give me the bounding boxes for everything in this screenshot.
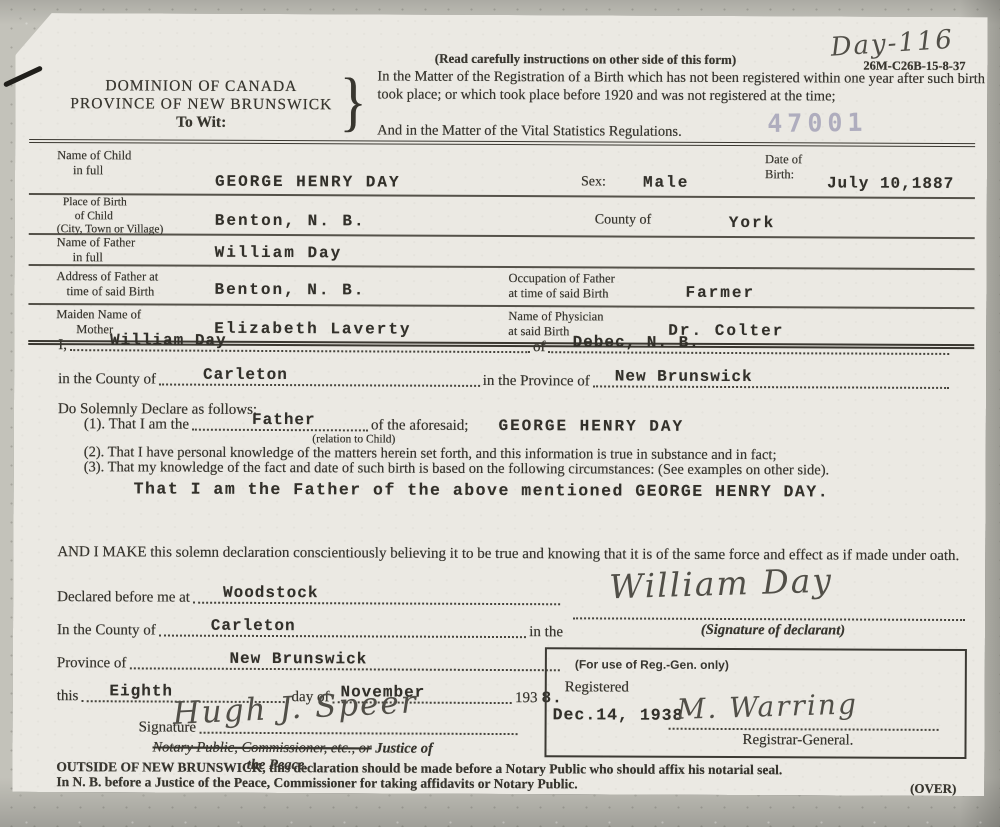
declarant-name-ruling: William Day — [70, 349, 530, 353]
birthplace-value: Benton, N. B. — [215, 212, 366, 231]
dob-value: July 10,1887 — [827, 174, 954, 193]
row-father-address: Address of Father at time of said Birth … — [28, 266, 974, 309]
relation-typed: Father — [252, 411, 316, 429]
declared-place-ruling: Woodstock — [193, 602, 560, 606]
dominion-line: DOMINION OF CANADA — [55, 77, 347, 96]
declared-before-line: Declared before me at Woodstock — [57, 589, 563, 608]
dob-label: Date of Birth: — [765, 152, 802, 182]
attestation-province-prefix: Province of — [57, 655, 127, 672]
justice-of-text: Justice of — [375, 740, 433, 756]
relation-ruling: Father — [192, 429, 368, 432]
read-instructions-note: (Read carefully instructions on other si… — [355, 50, 815, 68]
matter-paragraph-2: And in the Matter of the Vital Statistic… — [377, 122, 989, 142]
row-birthplace: Place of Birth of Child (City, Town or V… — [29, 195, 975, 239]
attestation-county-suffix: in the — [529, 624, 563, 641]
signature-ruling — [199, 732, 518, 735]
county-prefix: in the County of — [58, 371, 156, 388]
child-name-label: Name of Child in full — [57, 148, 131, 178]
to-wit-line: To Wit: — [55, 113, 347, 132]
county-typed: Carleton — [203, 366, 288, 384]
reg-gen-box-title: (For use of Reg.-Gen. only) — [575, 657, 729, 672]
registered-label: Registered — [565, 679, 629, 696]
attestation-county-line: In the County of Carleton in the — [57, 622, 563, 641]
matter-paragraph-1: In the Matter of the Registration of a B… — [377, 68, 989, 107]
aforesaid-name-typed: GEORGE HENRY DAY — [498, 417, 684, 436]
registered-date-typed: Dec.14, 1938 — [553, 705, 684, 725]
county-value: York — [729, 214, 775, 232]
attestation-province-typed: New Brunswick — [229, 650, 367, 669]
occupation-value: Farmer — [685, 284, 755, 302]
declarant-line: I, William Day of Debec, N. B. — [58, 337, 952, 358]
mother-maiden-value: Elizabeth Laverty — [214, 320, 411, 339]
day-typed: Eighth — [109, 682, 173, 700]
attestation-county-ruling: Carleton — [159, 635, 527, 639]
year-printed: 193 — [515, 690, 538, 707]
sex-label: Sex: — [581, 174, 606, 190]
declarant-signature-ruling — [573, 599, 965, 621]
county-province-line: in the County of Carleton in the Provinc… — [58, 371, 952, 392]
scanned-birth-declaration: { "scan": { "ref_handwritten": "Day-116"… — [0, 0, 1000, 827]
attestation-county-prefix: In the County of — [57, 622, 156, 639]
father-name-label: Name of Father in full — [57, 235, 136, 265]
father-address-label: Address of Father at time of said Birth — [56, 269, 158, 299]
this-word: this — [57, 688, 79, 705]
attestation-province-ruling: New Brunswick — [129, 667, 559, 671]
occupation-label: Occupation of Father at time of said Bir… — [508, 271, 614, 301]
father-name-value: William Day — [215, 244, 343, 263]
declarant-name-typed: William Day — [110, 331, 227, 350]
form-fields-table: Name of Child in full GEORGE HENRY DAY S… — [28, 139, 975, 349]
item1-prefix: (1). That I am the — [84, 416, 189, 433]
registration-number-stamp: 47001 — [767, 108, 868, 138]
province-typed: New Brunswick — [615, 368, 753, 387]
county-of-label: County of — [595, 212, 651, 228]
registrar-signature-ruling — [669, 712, 939, 731]
row-father-name: Name of Father in full William Day — [29, 235, 975, 270]
birthplace-label: Place of Birth of Child (City, Town or V… — [57, 196, 164, 237]
relation-to-child-note: (relation to Child) — [254, 433, 454, 446]
struck-officiant-text: Notary Public, Commissioner, etc., or — [152, 739, 371, 756]
registrar-general-caption: Registrar-General. — [742, 732, 853, 749]
reg-gen-box: (For use of Reg.-Gen. only) Registered D… — [544, 647, 966, 759]
province-line: PROVINCE OF NEW BRUNSWICK — [55, 95, 347, 114]
residence-ruling: Debec, N. B. — [549, 351, 950, 355]
item1-suffix: of the aforesaid; — [371, 417, 469, 434]
sex-value: Male — [643, 174, 689, 192]
circumstances-statement-typed: That I am the Father of the above mentio… — [134, 479, 830, 501]
footer-line-2: In N. B. before a Justice of the Peace, … — [56, 774, 577, 792]
attestation-province-line: Province of New Brunswick — [57, 655, 563, 674]
child-name-value: GEORGE HENRY DAY — [215, 173, 401, 192]
attestation-county-typed: Carleton — [211, 617, 296, 635]
province-ruling: New Brunswick — [593, 385, 949, 389]
i-prefix: I, — [58, 337, 67, 354]
residence-typed: Debec, N. B. — [573, 333, 700, 352]
declared-place-typed: Woodstock — [223, 584, 318, 602]
document-paper: (Read carefully instructions on other si… — [12, 13, 987, 796]
over-note: (OVER) — [910, 781, 956, 797]
curly-brace-glyph: } — [340, 64, 367, 140]
jurisdiction-block: DOMINION OF CANADA PROVINCE OF NEW BRUNS… — [55, 77, 347, 132]
of-word: of — [533, 339, 546, 356]
declared-prefix: Declared before me at — [57, 589, 190, 607]
father-address-value: Benton, N. B. — [214, 281, 365, 300]
item-3-line: (3). That my knowledge of the fact and d… — [84, 459, 830, 479]
row-child-name: Name of Child in full GEORGE HENRY DAY S… — [29, 143, 975, 199]
handwritten-file-reference: Day-116 — [829, 25, 954, 63]
province-prefix: in the Province of — [483, 373, 590, 390]
signature-of-declarant-caption: (Signature of declarant) — [653, 622, 893, 640]
item-1-line: (1). That I am the Father of the aforesa… — [84, 415, 844, 436]
county-ruling: Carleton — [159, 384, 480, 387]
